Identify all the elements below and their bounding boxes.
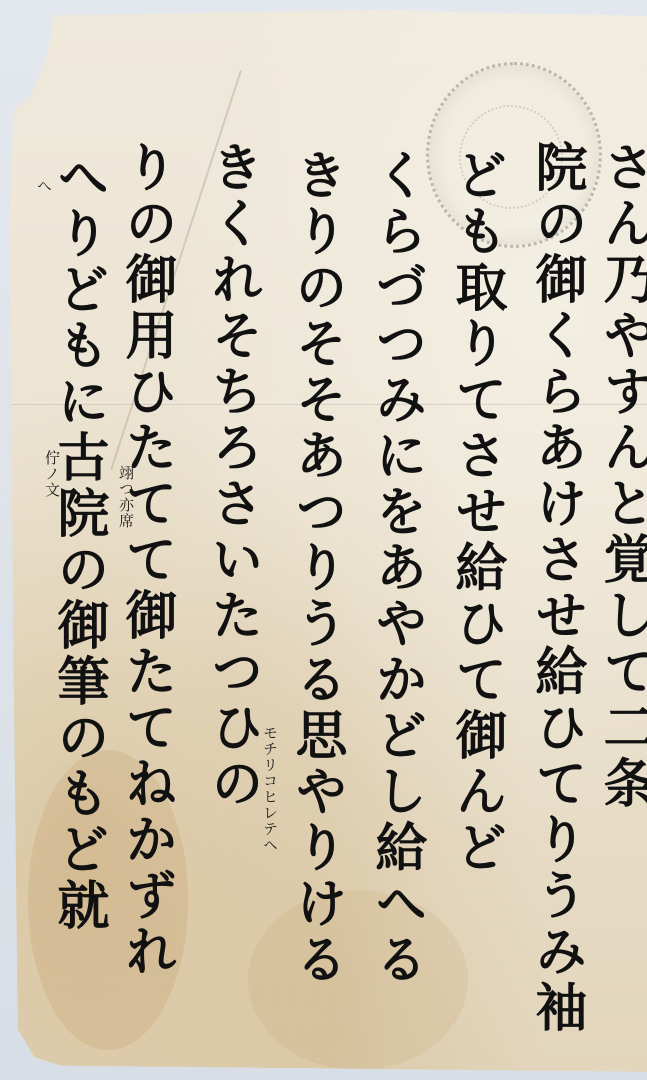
text-column-5: きりのそそあつりうる思やりける: [290, 148, 342, 988]
text-column-6: きくれそちろさいたつひの: [206, 140, 258, 812]
gloss-annotation: モチリコヒレテヘ: [260, 725, 281, 853]
text-column-2: 院の御くらあけさせ給ひてりうみ袖: [530, 140, 582, 1036]
water-stain: [248, 890, 468, 1070]
text-column-4: くらづつみにをあやかどし給へる: [370, 148, 422, 988]
manuscript-paper: さん乃やすんと覚して二条 院の御くらあけさせ給ひてりうみ袖 ども取りてさせ給ひて…: [8, 10, 647, 1072]
text-column-1: さん乃やすんと覚して二条: [598, 140, 647, 812]
gloss-annotation: 翊つ亦席: [116, 465, 137, 529]
text-column-3: ども取りてさせ給ひて御んど: [450, 148, 502, 876]
gloss-annotation: へ: [34, 178, 55, 194]
text-column-8: へりどもに古院の御筆のもど就: [52, 150, 104, 934]
text-column-7: りの御用ひたてて御たてねかずれ: [120, 140, 172, 980]
gloss-annotation: 佇ノ文: [42, 450, 63, 498]
